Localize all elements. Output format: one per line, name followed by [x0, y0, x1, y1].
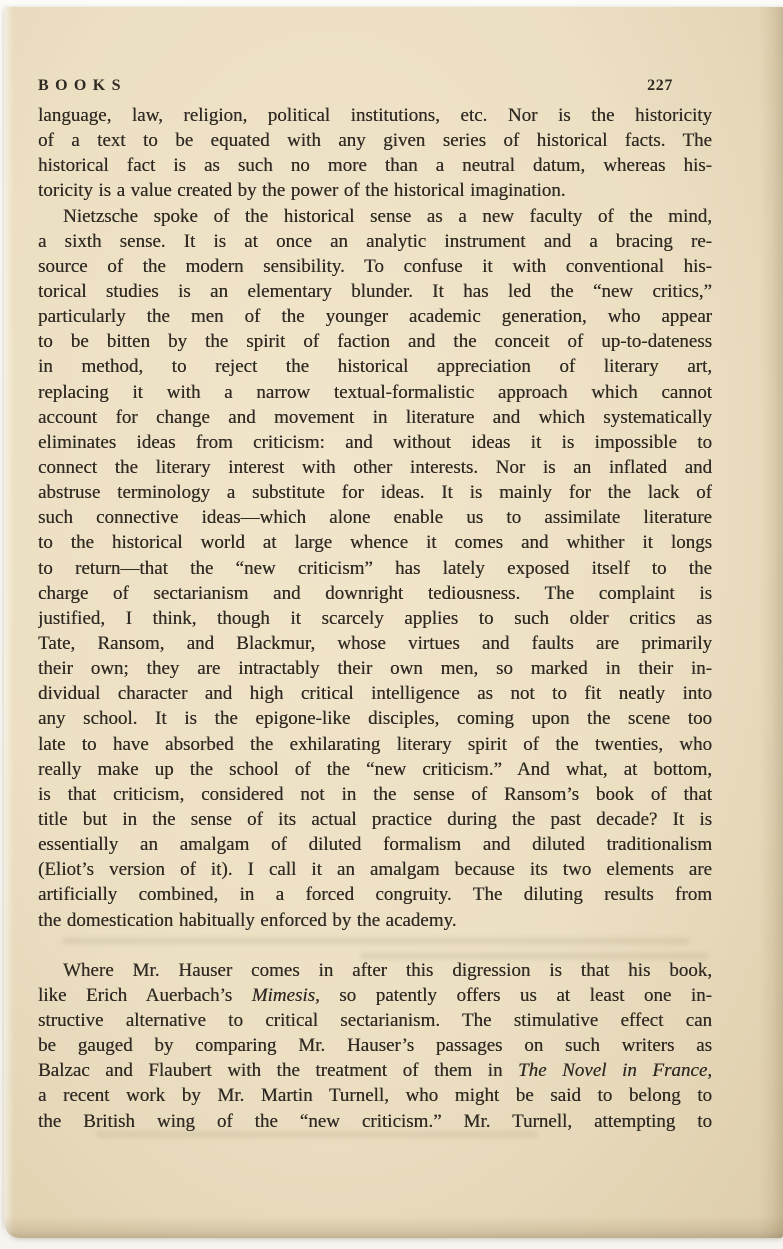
running-header: BOOKS 227 [38, 77, 783, 97]
text-segment: (Eliot’s version of it). I call it an am… [38, 859, 712, 880]
text-line: replacing it with a narrow textual-forma… [38, 380, 712, 405]
text-segment: be gauged by comparing Mr. Hauser’s pass… [38, 1035, 712, 1056]
paragraph: Nietzsche spoke of the historical sense … [38, 204, 712, 933]
text-line: connect the literary interest with other… [38, 455, 712, 480]
text-segment: of a text to be equated with any given s… [38, 130, 712, 151]
text-segment: a recent work by Mr. Martin Turnell, who… [38, 1085, 712, 1106]
text-line: of a text to be equated with any given s… [38, 128, 712, 153]
paragraph: Where Mr. Hauser comes in after this dig… [38, 958, 712, 1134]
text-segment: the domestication habitually enforced by… [38, 910, 457, 931]
text-segment: artificially combined, in a forced congr… [38, 884, 712, 905]
text-line: really make up the school of the “new cr… [38, 757, 712, 782]
text-line: abstruse terminology a substitute for id… [38, 480, 712, 505]
body-text: language, law, religion, political insti… [38, 103, 712, 1134]
text-segment: account for change and movement in liter… [38, 407, 712, 428]
text-segment: eliminates ideas from criticism: and wit… [38, 432, 712, 453]
page-edge-shadow-bottom [4, 1216, 783, 1238]
text-line: Nietzsche spoke of the historical sense … [38, 204, 712, 229]
italic-text-segment: The Novel in France, [518, 1060, 712, 1081]
text-line: like Erich Auerbach’s Mimesis, so patent… [38, 983, 712, 1008]
text-line: their own; they are intractably their ow… [38, 656, 712, 681]
text-segment: the British wing of the “new criticism.”… [38, 1111, 712, 1132]
text-segment: to return—that the “new criticism” has l… [38, 558, 712, 579]
text-segment: justified, I think, though it scarcely a… [38, 608, 712, 629]
text-segment: structive alternative to critical sectar… [38, 1010, 712, 1031]
book-page: BOOKS 227 language, law, religion, polit… [4, 7, 783, 1238]
text-segment: charge of sectarianism and downright ted… [38, 583, 712, 604]
text-line: structive alternative to critical sectar… [38, 1008, 712, 1033]
text-segment: to the historical world at large whence … [38, 532, 712, 553]
text-line: a recent work by Mr. Martin Turnell, who… [38, 1083, 712, 1108]
text-segment: so patently offers us at least one in- [320, 985, 712, 1006]
text-line: eliminates ideas from criticism: and wit… [38, 430, 712, 455]
text-line: torical studies is an elementary blunder… [38, 279, 712, 304]
text-segment: any school. It is the epigone-like disci… [38, 708, 712, 729]
running-header-title: BOOKS [38, 77, 127, 95]
text-line: title but in the sense of its actual pra… [38, 807, 712, 832]
text-segment: a sixth sense. It is at once an analytic… [38, 231, 712, 252]
text-segment: toricity is a value created by the power… [38, 180, 566, 201]
paragraph: language, law, religion, political insti… [38, 103, 712, 204]
text-segment: late to have absorbed the exhilarating l… [38, 734, 712, 755]
text-line: to return—that the “new criticism” has l… [38, 556, 712, 581]
text-line: is that criticism, considered not in the… [38, 782, 712, 807]
bleedthrough-smudge [96, 1131, 538, 1138]
bleedthrough-smudge [62, 938, 690, 944]
text-segment: torical studies is an elementary blunder… [38, 281, 712, 302]
text-line: artificially combined, in a forced congr… [38, 882, 712, 907]
text-line: be gauged by comparing Mr. Hauser’s pass… [38, 1033, 712, 1058]
text-segment: in method, to reject the historical appr… [38, 356, 712, 377]
text-line: the British wing of the “new criticism.”… [38, 1109, 712, 1134]
text-segment: their own; they are intractably their ow… [38, 658, 712, 679]
text-line: justified, I think, though it scarcely a… [38, 606, 712, 631]
text-line: the domestication habitually enforced by… [38, 908, 712, 933]
text-segment: Balzac and Flaubert with the treatment o… [38, 1060, 518, 1081]
text-segment: source of the modern sensibility. To con… [38, 256, 712, 277]
text-segment: dividual character and high critical int… [38, 683, 712, 704]
text-line: late to have absorbed the exhilarating l… [38, 732, 712, 757]
text-line: to the historical world at large whence … [38, 530, 712, 555]
text-line: (Eliot’s version of it). I call it an am… [38, 857, 712, 882]
text-line: such connective ideas—which alone enable… [38, 505, 712, 530]
text-line: Tate, Ransom, and Blackmur, whose virtue… [38, 631, 712, 656]
text-line: historical fact is as such no more than … [38, 153, 712, 178]
text-segment: connect the literary interest with other… [38, 457, 712, 478]
text-segment: really make up the school of the “new cr… [38, 759, 712, 780]
scan-background: BOOKS 227 language, law, religion, polit… [0, 0, 783, 1249]
text-segment: Tate, Ransom, and Blackmur, whose virtue… [38, 633, 712, 654]
text-segment: Nietzsche spoke of the historical sense … [63, 206, 712, 227]
page-edge-shadow-right [759, 7, 783, 1238]
text-segment: language, law, religion, political insti… [38, 105, 712, 126]
text-line: toricity is a value created by the power… [38, 178, 712, 203]
text-line: Where Mr. Hauser comes in after this dig… [38, 958, 712, 983]
text-segment: abstruse terminology a substitute for id… [38, 482, 712, 503]
text-line: any school. It is the epigone-like disci… [38, 706, 712, 731]
text-segment: such connective ideas—which alone enable… [38, 507, 712, 528]
text-segment: title but in the sense of its actual pra… [38, 809, 712, 830]
text-line: a sixth sense. It is at once an analytic… [38, 229, 712, 254]
page-edge-highlight-left [4, 7, 14, 1238]
text-segment: is that criticism, considered not in the… [38, 784, 712, 805]
text-line: essentially an amalgam of diluted formal… [38, 832, 712, 857]
text-line: Balzac and Flaubert with the treatment o… [38, 1058, 712, 1083]
text-line: charge of sectarianism and downright ted… [38, 581, 712, 606]
text-segment: to be bitten by the spirit of faction an… [38, 331, 712, 352]
text-line: language, law, religion, political insti… [38, 103, 712, 128]
text-line: particularly the men of the younger acad… [38, 304, 712, 329]
italic-text-segment: Mimesis, [252, 985, 320, 1006]
text-segment: like Erich Auerbach’s [38, 985, 252, 1006]
text-segment: replacing it with a narrow textual-forma… [38, 382, 712, 403]
text-line: source of the modern sensibility. To con… [38, 254, 712, 279]
text-segment: Where Mr. Hauser comes in after this dig… [63, 960, 712, 981]
text-segment: historical fact is as such no more than … [38, 155, 712, 176]
text-line: account for change and movement in liter… [38, 405, 712, 430]
page-number: 227 [647, 77, 673, 95]
text-line: in method, to reject the historical appr… [38, 354, 712, 379]
text-line: dividual character and high critical int… [38, 681, 712, 706]
text-line: to be bitten by the spirit of faction an… [38, 329, 712, 354]
text-segment: essentially an amalgam of diluted formal… [38, 834, 712, 855]
bleedthrough-smudge [360, 953, 708, 959]
text-segment: particularly the men of the younger acad… [38, 306, 712, 327]
